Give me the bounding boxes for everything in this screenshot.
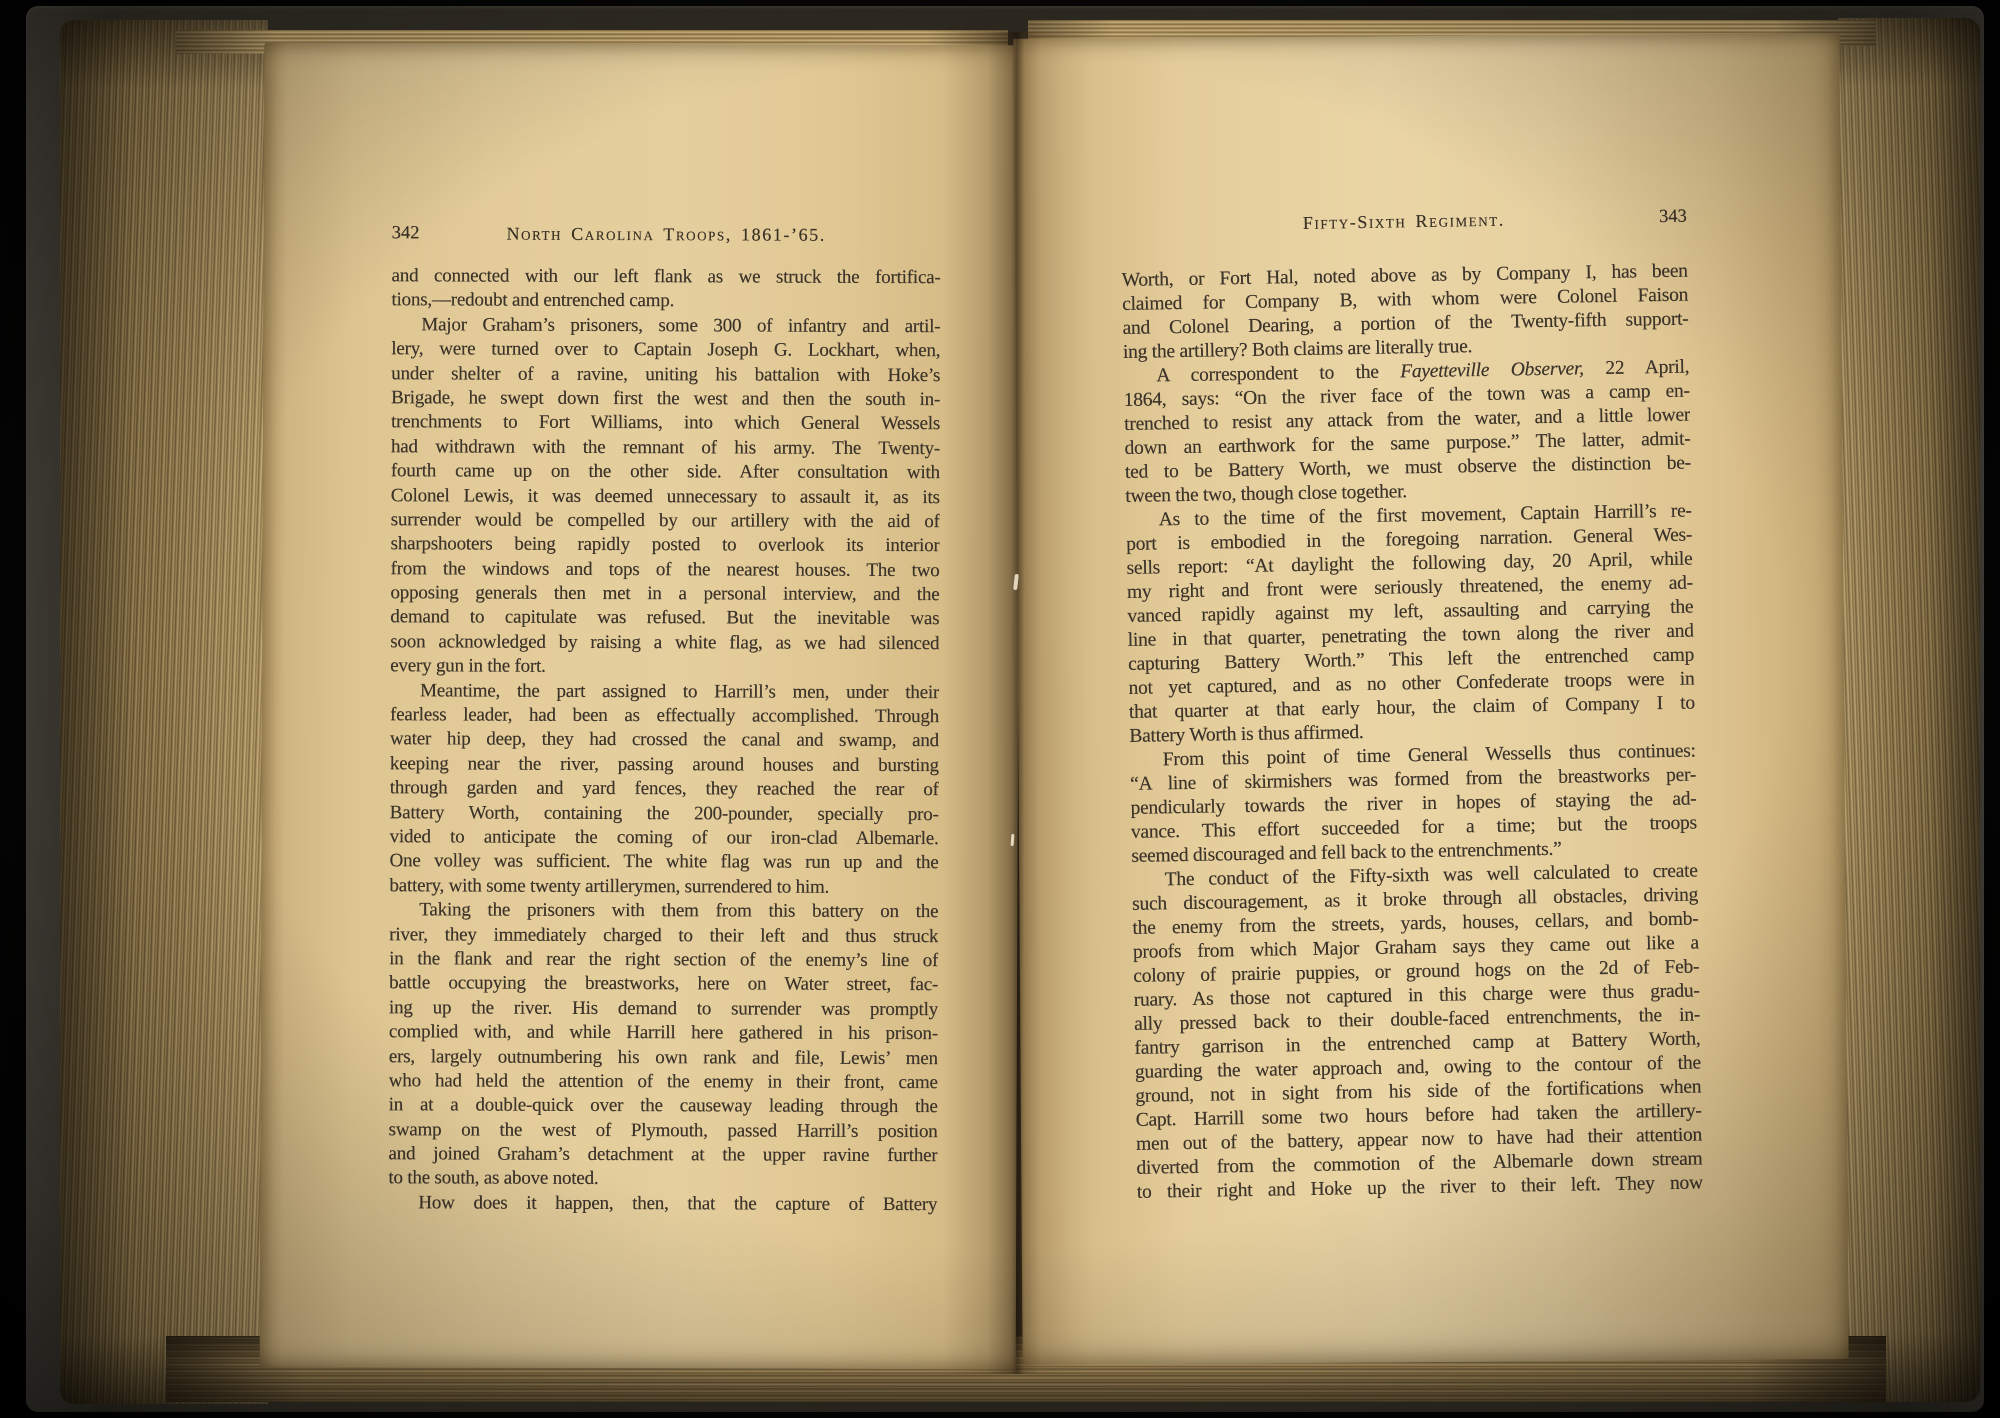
- text-line: through garden and yard fences, they rea…: [390, 776, 939, 802]
- text-line: under shelter of a ravine, uniting his b…: [391, 362, 940, 388]
- left-page-number: 342: [392, 221, 420, 246]
- text-line: battle occupying the breastworks, here o…: [389, 971, 938, 997]
- text-line: complied with, and while Harrill here ga…: [389, 1020, 938, 1046]
- open-book: 342 North Carolina Troops, 1861-’65. and…: [26, 6, 1984, 1412]
- paragraph: As to the time of the first movement, Ca…: [1126, 499, 1696, 748]
- text-line: who had held the attention of the enemy …: [389, 1069, 938, 1095]
- text-line: from the windows and tops of the nearest…: [390, 557, 939, 583]
- paragraph: and connected with our left flank as we …: [391, 264, 940, 315]
- text-line: fearless leader, had been as effectually…: [390, 703, 939, 729]
- text-line: Meantime, the part assigned to Harrill’s…: [390, 679, 939, 705]
- text-line: Colonel Lewis, it was deemed unnecessary…: [391, 484, 940, 510]
- right-page-header: Fifty-Sixth Regiment. 343: [1121, 204, 1687, 237]
- text-line: Brigade, he swept down first the west an…: [391, 386, 940, 412]
- left-page: 342 North Carolina Troops, 1861-’65. and…: [260, 43, 1021, 1370]
- text-line: soon acknowledged by raising a white fla…: [390, 630, 939, 656]
- right-page-number: 343: [1659, 204, 1687, 228]
- text-line: in the flank and rear the right section …: [389, 947, 938, 973]
- text-line: and connected with our left flank as we …: [391, 264, 940, 290]
- text-line: vided to anticipate the coming of our ir…: [389, 825, 938, 851]
- text-line: keeping near the river, passing around h…: [390, 752, 939, 778]
- text-line: fourth came up on the other side. After …: [391, 459, 940, 485]
- text-line: river, they immediately charged to their…: [389, 923, 938, 949]
- paragraph: Major Graham’s prisoners, some 300 of in…: [390, 313, 940, 681]
- right-page: Fifty-Sixth Regiment. 343 Worth, or Fort…: [1013, 33, 1848, 1365]
- paragraph: Worth, or Fort Hal, noted above as by Co…: [1122, 259, 1690, 364]
- paragraph: From this point of time General Wessells…: [1129, 739, 1697, 868]
- paragraph: The conduct of the Fifty-sixth was well …: [1131, 859, 1702, 1204]
- page-edges-left: [60, 20, 268, 1404]
- text-line: tions,—redoubt and entrenched camp.: [391, 289, 940, 315]
- text-line: water hip deep, they had crossed the can…: [390, 728, 939, 754]
- text-line: One volley was sufficient. The white fla…: [389, 850, 938, 876]
- text-line: Major Graham’s prisoners, some 300 of in…: [391, 313, 940, 339]
- text-line: lery, were turned over to Captain Joseph…: [391, 337, 940, 363]
- text-line: How does it happen, then, that the captu…: [388, 1191, 937, 1217]
- right-page-body: Worth, or Fort Hal, noted above as by Co…: [1122, 259, 1703, 1204]
- text-line: battery, with some twenty artillerymen, …: [389, 874, 938, 900]
- paragraph: Meantime, the part assigned to Harrill’s…: [389, 679, 939, 900]
- text-line: ing up the river. His demand to surrende…: [389, 996, 938, 1022]
- text-line: demand to capitulate was refused. But th…: [390, 606, 939, 632]
- text-line: opposing generals then met in a personal…: [390, 581, 939, 607]
- left-page-text: 342 North Carolina Troops, 1861-’65. and…: [388, 221, 940, 1217]
- text-line: trenchments to Fort Williams, into which…: [391, 410, 940, 436]
- page-edges-right: [1838, 18, 1980, 1402]
- paragraph: Taking the prisoners with them from this…: [388, 898, 938, 1193]
- left-page-header: 342 North Carolina Troops, 1861-’65.: [392, 221, 941, 247]
- text-line: ers, largely outnumbering his own rank a…: [389, 1045, 938, 1071]
- right-page-text: Fifty-Sixth Regiment. 343 Worth, or Fort…: [1121, 204, 1703, 1204]
- text-line: Taking the prisoners with them from this…: [389, 898, 938, 924]
- text-line: Battery Worth, containing the 200-pounde…: [390, 801, 939, 827]
- text-line: sharpshooters being rapidly posted to ov…: [391, 532, 940, 558]
- text-line: surrender would be compelled by our arti…: [391, 508, 940, 534]
- right-running-title: Fifty-Sixth Regiment.: [1303, 210, 1505, 233]
- paragraph: How does it happen, then, that the captu…: [388, 1191, 937, 1217]
- text-line: every gun in the fort.: [390, 654, 939, 680]
- paragraph: A correspondent to the Fayetteville Obse…: [1123, 355, 1691, 508]
- text-line: to the south, as above noted.: [388, 1167, 937, 1193]
- text-line: had withdrawn with the remnant of his ar…: [391, 435, 940, 461]
- photo-scene: 342 North Carolina Troops, 1861-’65. and…: [0, 0, 2000, 1418]
- left-page-body: and connected with our left flank as we …: [388, 264, 940, 1217]
- text-line: and joined Graham’s detachment at the up…: [388, 1142, 937, 1168]
- left-running-title: North Carolina Troops, 1861-’65.: [506, 224, 825, 245]
- text-line: in at a double-quick over the causeway l…: [389, 1093, 938, 1119]
- text-line: swamp on the west of Plymouth, passed Ha…: [388, 1118, 937, 1144]
